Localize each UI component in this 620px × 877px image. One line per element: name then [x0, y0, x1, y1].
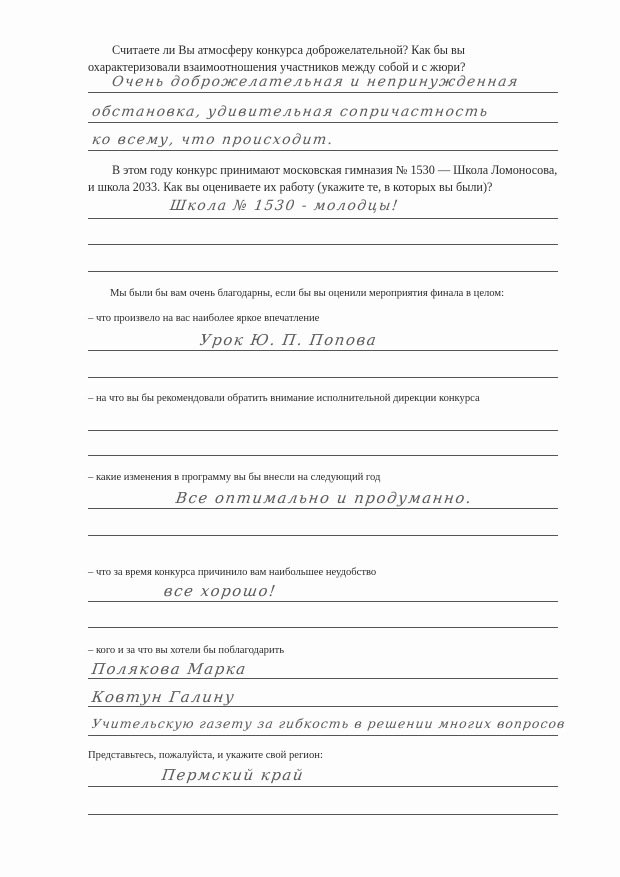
question-recommend: – на что вы бы рекомендовали обратить вн… [88, 391, 480, 408]
answer-region: Пермский край [161, 766, 306, 784]
answer-line [88, 678, 558, 679]
survey-page: Считаете ли Вы атмосферу конкурса доброж… [0, 0, 620, 877]
answer-inconvenience: все хорошо! [163, 582, 278, 600]
answer-line [88, 508, 558, 509]
answer-line [88, 535, 558, 536]
answer-line [88, 601, 558, 602]
answer-line [88, 271, 558, 272]
answer-line [88, 706, 558, 707]
answer-line [88, 122, 558, 123]
answer-line [88, 218, 558, 219]
answer-line [88, 455, 558, 456]
answer-atmosphere-line-3: ко всему, что происходит. [91, 132, 335, 148]
question-thanks: – кого и за что вы хотели бы поблагодари… [88, 643, 284, 660]
question-schools: В этом году конкурс принимают московская… [88, 162, 560, 195]
answer-line [88, 350, 558, 351]
answer-line [88, 627, 558, 628]
answer-thanks-line-2: Ковтун Галину [91, 688, 237, 706]
answer-thanks-line-3: Учительскую газету за гибкость в решении… [91, 716, 566, 731]
answer-line [88, 244, 558, 245]
answer-line [88, 735, 558, 736]
answer-line [88, 150, 558, 151]
question-region: Представьтесь, пожалуйста, и укажите сво… [88, 748, 323, 765]
answer-line [88, 377, 558, 378]
answer-atmosphere-line-2: обстановка, удивительная сопричастность [91, 104, 490, 120]
answer-schools-line-1: Школа № 1530 - молодцы! [169, 198, 400, 214]
question-impression: – что произвело на вас наиболее яркое вп… [88, 311, 319, 328]
answer-line [88, 430, 558, 431]
answer-line [88, 814, 558, 815]
question-inconvenience: – что за время конкурса причинило вам на… [88, 565, 376, 582]
answer-line [88, 786, 558, 787]
evaluation-intro: Мы были бы вам очень благодарны, если бы… [110, 286, 570, 303]
answer-changes: Все оптимально и продуманно. [175, 489, 474, 507]
answer-impression: Урок Ю. П. Попова [199, 331, 379, 349]
answer-thanks-line-1: Полякова Марка [91, 660, 248, 678]
question-atmosphere: Считаете ли Вы атмосферу конкурса доброж… [88, 42, 560, 75]
question-changes: – какие изменения в программу вы бы внес… [88, 470, 380, 487]
answer-atmosphere-line-1: Очень доброжелательная и непринужденная [111, 74, 520, 90]
answer-line [88, 92, 558, 93]
